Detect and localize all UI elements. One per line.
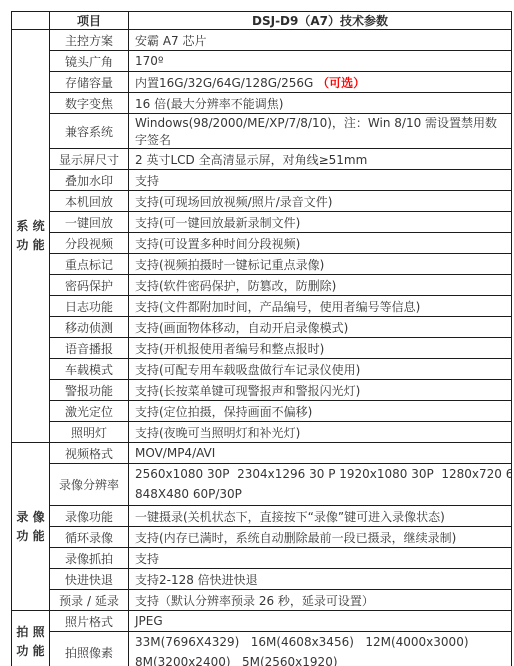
spec-value-text: 支持(内存已满时，系统自动删除最前一段已摄录，继续录制) bbox=[135, 531, 456, 545]
spec-row: 录像功能一键摄录(关机状态下，直接按下“录像”键可进入录像状态) bbox=[12, 506, 512, 527]
spec-item-cell: 循环录像 bbox=[50, 527, 129, 548]
section-label-line: 功 能 bbox=[12, 236, 49, 255]
spec-value-text: 支持(可设置多种时间分段视频) bbox=[135, 237, 300, 251]
spec-row: 照明灯支持(夜晚可当照明灯和补光灯) bbox=[12, 422, 512, 443]
spec-item-cell: 拍照像素 bbox=[50, 632, 129, 666]
value-column-header: DSJ-D9（A7）技术参数 bbox=[129, 12, 512, 30]
spec-value-text: 内置16G/32G/64G/128G/256G bbox=[135, 76, 317, 90]
spec-value-text: 支持(可配专用车载吸盘做行车记录仪使用) bbox=[135, 363, 360, 377]
spec-value-text: JPEG bbox=[135, 614, 163, 628]
spec-row: 警报功能支持(长按菜单键可现警报声和警报闪光灯) bbox=[12, 380, 512, 401]
spec-item-cell: 激光定位 bbox=[50, 401, 129, 422]
spec-item-cell: 警报功能 bbox=[50, 380, 129, 401]
spec-value-cell: 支持(软件密码保护，防篡改，防删除) bbox=[129, 275, 512, 296]
spec-value-cell: 支持(定位拍摄，保持画面不偏移) bbox=[129, 401, 512, 422]
spec-value-cell: 一键摄录(关机状态下，直接按下“录像”键可进入录像状态) bbox=[129, 506, 512, 527]
section-label-photo: 拍 照功 能 bbox=[12, 611, 50, 666]
spec-row: 系 统功 能主控方案安霸 A7 芯片 bbox=[12, 30, 512, 51]
spec-value-cell: 支持(可配专用车载吸盘做行车记录仪使用) bbox=[129, 359, 512, 380]
spec-value-text: Windows(98/2000/ME/XP/7/8/10)，注：Win 8/10… bbox=[135, 116, 497, 147]
spec-item-cell: 重点标记 bbox=[50, 254, 129, 275]
spec-value-text: 支持(画面物体移动，自动开启录像模式) bbox=[135, 321, 348, 335]
spec-row: 显示屏尺寸2 英寸LCD 全高清显示屏，对角线≥51mm bbox=[12, 149, 512, 170]
spec-row: 录像抓拍支持 bbox=[12, 548, 512, 569]
spec-item-cell: 录像功能 bbox=[50, 506, 129, 527]
section-label-record: 录 像功 能 bbox=[12, 443, 50, 611]
spec-value-cell: 支持(夜晚可当照明灯和补光灯) bbox=[129, 422, 512, 443]
section-label-line: 系 统 bbox=[12, 217, 49, 236]
spec-value-text: 支持(定位拍摄，保持画面不偏移) bbox=[135, 405, 312, 419]
spec-value-cell: JPEG bbox=[129, 611, 512, 632]
spec-item-cell: 照片格式 bbox=[50, 611, 129, 632]
spec-table-body: 系 统功 能主控方案安霸 A7 芯片镜头广角170º存储容量内置16G/32G/… bbox=[12, 30, 512, 666]
spec-item-cell: 照明灯 bbox=[50, 422, 129, 443]
spec-item-cell: 本机回放 bbox=[50, 191, 129, 212]
spec-table: 项目 DSJ-D9（A7）技术参数 系 统功 能主控方案安霸 A7 芯片镜头广角… bbox=[11, 11, 512, 666]
spec-item-cell: 显示屏尺寸 bbox=[50, 149, 129, 170]
spec-row: 重点标记支持(视频拍摄时一键标记重点录像) bbox=[12, 254, 512, 275]
section-label-line: 功 能 bbox=[12, 642, 49, 661]
spec-value-line: 33M(7696X4329) 16M(4608x3456) 12M(4000x3… bbox=[135, 633, 508, 652]
spec-value-text: 支持(可一键回放最新录制文件) bbox=[135, 216, 300, 230]
spec-row: 密码保护支持(软件密码保护，防篡改，防删除) bbox=[12, 275, 512, 296]
spec-value-text: 支持(开机报使用者编号和整点报时) bbox=[135, 342, 324, 356]
spec-value-cell: 安霸 A7 芯片 bbox=[129, 30, 512, 51]
spec-item-cell: 预录 / 延录 bbox=[50, 590, 129, 611]
spec-value-cell: 支持(视频拍摄时一键标记重点录像) bbox=[129, 254, 512, 275]
spec-value-cell: 支持(长按菜单键可现警报声和警报闪光灯) bbox=[129, 380, 512, 401]
spec-value-cell: 33M(7696X4329) 16M(4608x3456) 12M(4000x3… bbox=[129, 632, 512, 666]
spec-item-cell: 存储容量 bbox=[50, 72, 129, 93]
spec-item-cell: 叠加水印 bbox=[50, 170, 129, 191]
section-label-line: 拍 照 bbox=[12, 623, 49, 642]
spec-value-cell: 170º bbox=[129, 51, 512, 72]
spec-value-cell: 支持 bbox=[129, 548, 512, 569]
spec-item-cell: 车载模式 bbox=[50, 359, 129, 380]
spec-value-highlight: （可选） bbox=[317, 76, 365, 90]
spec-value-cell: 16 倍(最大分辨率不能调焦) bbox=[129, 93, 512, 114]
spec-row: 录像分辨率2560x1080 30P 2304x1296 30 P 1920x1… bbox=[12, 464, 512, 506]
spec-value-cell: 支持2-128 倍快进快退 bbox=[129, 569, 512, 590]
spec-item-cell: 主控方案 bbox=[50, 30, 129, 51]
spec-value-text: 支持(文件都附加时间，产品编号，使用者编号等信息) bbox=[135, 300, 420, 314]
spec-row: 数字变焦16 倍(最大分辨率不能调焦) bbox=[12, 93, 512, 114]
spec-value-text: 安霸 A7 芯片 bbox=[135, 34, 206, 48]
spec-item-cell: 分段视频 bbox=[50, 233, 129, 254]
spec-row: 车载模式支持(可配专用车载吸盘做行车记录仪使用) bbox=[12, 359, 512, 380]
spec-row: 叠加水印支持 bbox=[12, 170, 512, 191]
section-label-system: 系 统功 能 bbox=[12, 30, 50, 443]
spec-value-cell: 支持 bbox=[129, 170, 512, 191]
spec-value-text: 支持（默认分辨率预录 26 秒，延录可设置） bbox=[135, 594, 374, 608]
spec-value-cell: 支持(文件都附加时间，产品编号，使用者编号等信息) bbox=[129, 296, 512, 317]
spec-value-cell: MOV/MP4/AVI bbox=[129, 443, 512, 464]
spec-value-line: 848X480 60P/30P bbox=[135, 485, 508, 504]
spec-sheet-page: 项目 DSJ-D9（A7）技术参数 系 统功 能主控方案安霸 A7 芯片镜头广角… bbox=[0, 0, 514, 666]
spec-item-cell: 兼容系统 bbox=[50, 114, 129, 149]
spec-item-cell: 快进快退 bbox=[50, 569, 129, 590]
spec-row: 移动侦测支持(画面物体移动，自动开启录像模式) bbox=[12, 317, 512, 338]
spec-row: 语音播报支持(开机报使用者编号和整点报时) bbox=[12, 338, 512, 359]
spec-value-cell: 支持(内存已满时，系统自动删除最前一段已摄录，继续录制) bbox=[129, 527, 512, 548]
spec-value-cell: 支持（默认分辨率预录 26 秒，延录可设置） bbox=[129, 590, 512, 611]
spec-value-text: 支持2-128 倍快进快退 bbox=[135, 573, 258, 587]
spec-row: 拍照像素33M(7696X4329) 16M(4608x3456) 12M(40… bbox=[12, 632, 512, 666]
spec-item-cell: 语音播报 bbox=[50, 338, 129, 359]
spec-value-cell: Windows(98/2000/ME/XP/7/8/10)，注：Win 8/10… bbox=[129, 114, 512, 149]
spec-row: 本机回放支持(可现场回放视频/照片/录音文件) bbox=[12, 191, 512, 212]
spec-row: 兼容系统Windows(98/2000/ME/XP/7/8/10)，注：Win … bbox=[12, 114, 512, 149]
spec-value-text: 支持 bbox=[135, 174, 159, 188]
spec-item-cell: 录像分辨率 bbox=[50, 464, 129, 506]
spec-value-cell: 2 英寸LCD 全高清显示屏，对角线≥51mm bbox=[129, 149, 512, 170]
spec-item-cell: 日志功能 bbox=[50, 296, 129, 317]
spec-value-text: 16 倍(最大分辨率不能调焦) bbox=[135, 97, 283, 111]
spec-value-text: 支持(软件密码保护，防篡改，防删除) bbox=[135, 279, 336, 293]
spec-row: 循环录像支持(内存已满时，系统自动删除最前一段已摄录，继续录制) bbox=[12, 527, 512, 548]
header-row: 项目 DSJ-D9（A7）技术参数 bbox=[12, 12, 512, 30]
spec-value-text: 支持(长按菜单键可现警报声和警报闪光灯) bbox=[135, 384, 360, 398]
spec-value-cell: 支持(可一键回放最新录制文件) bbox=[129, 212, 512, 233]
spec-item-cell: 数字变焦 bbox=[50, 93, 129, 114]
section-label-line: 录 像 bbox=[12, 508, 49, 527]
spec-item-cell: 镜头广角 bbox=[50, 51, 129, 72]
spec-item-cell: 视频格式 bbox=[50, 443, 129, 464]
spec-value-text: MOV/MP4/AVI bbox=[135, 446, 215, 460]
spec-row: 存储容量内置16G/32G/64G/128G/256G （可选） bbox=[12, 72, 512, 93]
spec-value-cell: 支持(可设置多种时间分段视频) bbox=[129, 233, 512, 254]
spec-row: 预录 / 延录支持（默认分辨率预录 26 秒，延录可设置） bbox=[12, 590, 512, 611]
spec-row: 分段视频支持(可设置多种时间分段视频) bbox=[12, 233, 512, 254]
spec-value-text: 一键摄录(关机状态下，直接按下“录像”键可进入录像状态) bbox=[135, 510, 445, 524]
spec-item-cell: 录像抓拍 bbox=[50, 548, 129, 569]
spec-item-cell: 密码保护 bbox=[50, 275, 129, 296]
spec-value-cell: 支持(画面物体移动，自动开启录像模式) bbox=[129, 317, 512, 338]
spec-row: 录 像功 能视频格式MOV/MP4/AVI bbox=[12, 443, 512, 464]
spec-value-cell: 2560x1080 30P 2304x1296 30 P 1920x1080 3… bbox=[129, 464, 512, 506]
spec-value-line: 2560x1080 30P 2304x1296 30 P 1920x1080 3… bbox=[135, 465, 508, 484]
spec-row: 激光定位支持(定位拍摄，保持画面不偏移) bbox=[12, 401, 512, 422]
spec-row: 快进快退支持2-128 倍快进快退 bbox=[12, 569, 512, 590]
spec-row: 日志功能支持(文件都附加时间，产品编号，使用者编号等信息) bbox=[12, 296, 512, 317]
spec-value-cell: 内置16G/32G/64G/128G/256G （可选） bbox=[129, 72, 512, 93]
spec-row: 一键回放支持(可一键回放最新录制文件) bbox=[12, 212, 512, 233]
section-label-line: 功 能 bbox=[12, 527, 49, 546]
spec-value-text: 支持(夜晚可当照明灯和补光灯) bbox=[135, 426, 300, 440]
spec-item-cell: 移动侦测 bbox=[50, 317, 129, 338]
spec-value-cell: 支持(可现场回放视频/照片/录音文件) bbox=[129, 191, 512, 212]
spec-value-text: 170º bbox=[135, 54, 164, 68]
spec-value-text: 2 英寸LCD 全高清显示屏，对角线≥51mm bbox=[135, 153, 367, 167]
spec-value-text: 支持 bbox=[135, 552, 159, 566]
spec-item-cell: 一键回放 bbox=[50, 212, 129, 233]
spec-row: 镜头广角170º bbox=[12, 51, 512, 72]
spec-value-line: 8M(3200x2400) 5M(2560x1920) bbox=[135, 653, 508, 666]
spec-value-text: 支持(视频拍摄时一键标记重点录像) bbox=[135, 258, 324, 272]
item-column-header: 项目 bbox=[50, 12, 129, 30]
corner-cell bbox=[12, 12, 50, 30]
spec-value-cell: 支持(开机报使用者编号和整点报时) bbox=[129, 338, 512, 359]
spec-value-text: 支持(可现场回放视频/照片/录音文件) bbox=[135, 195, 332, 209]
spec-row: 拍 照功 能照片格式JPEG bbox=[12, 611, 512, 632]
